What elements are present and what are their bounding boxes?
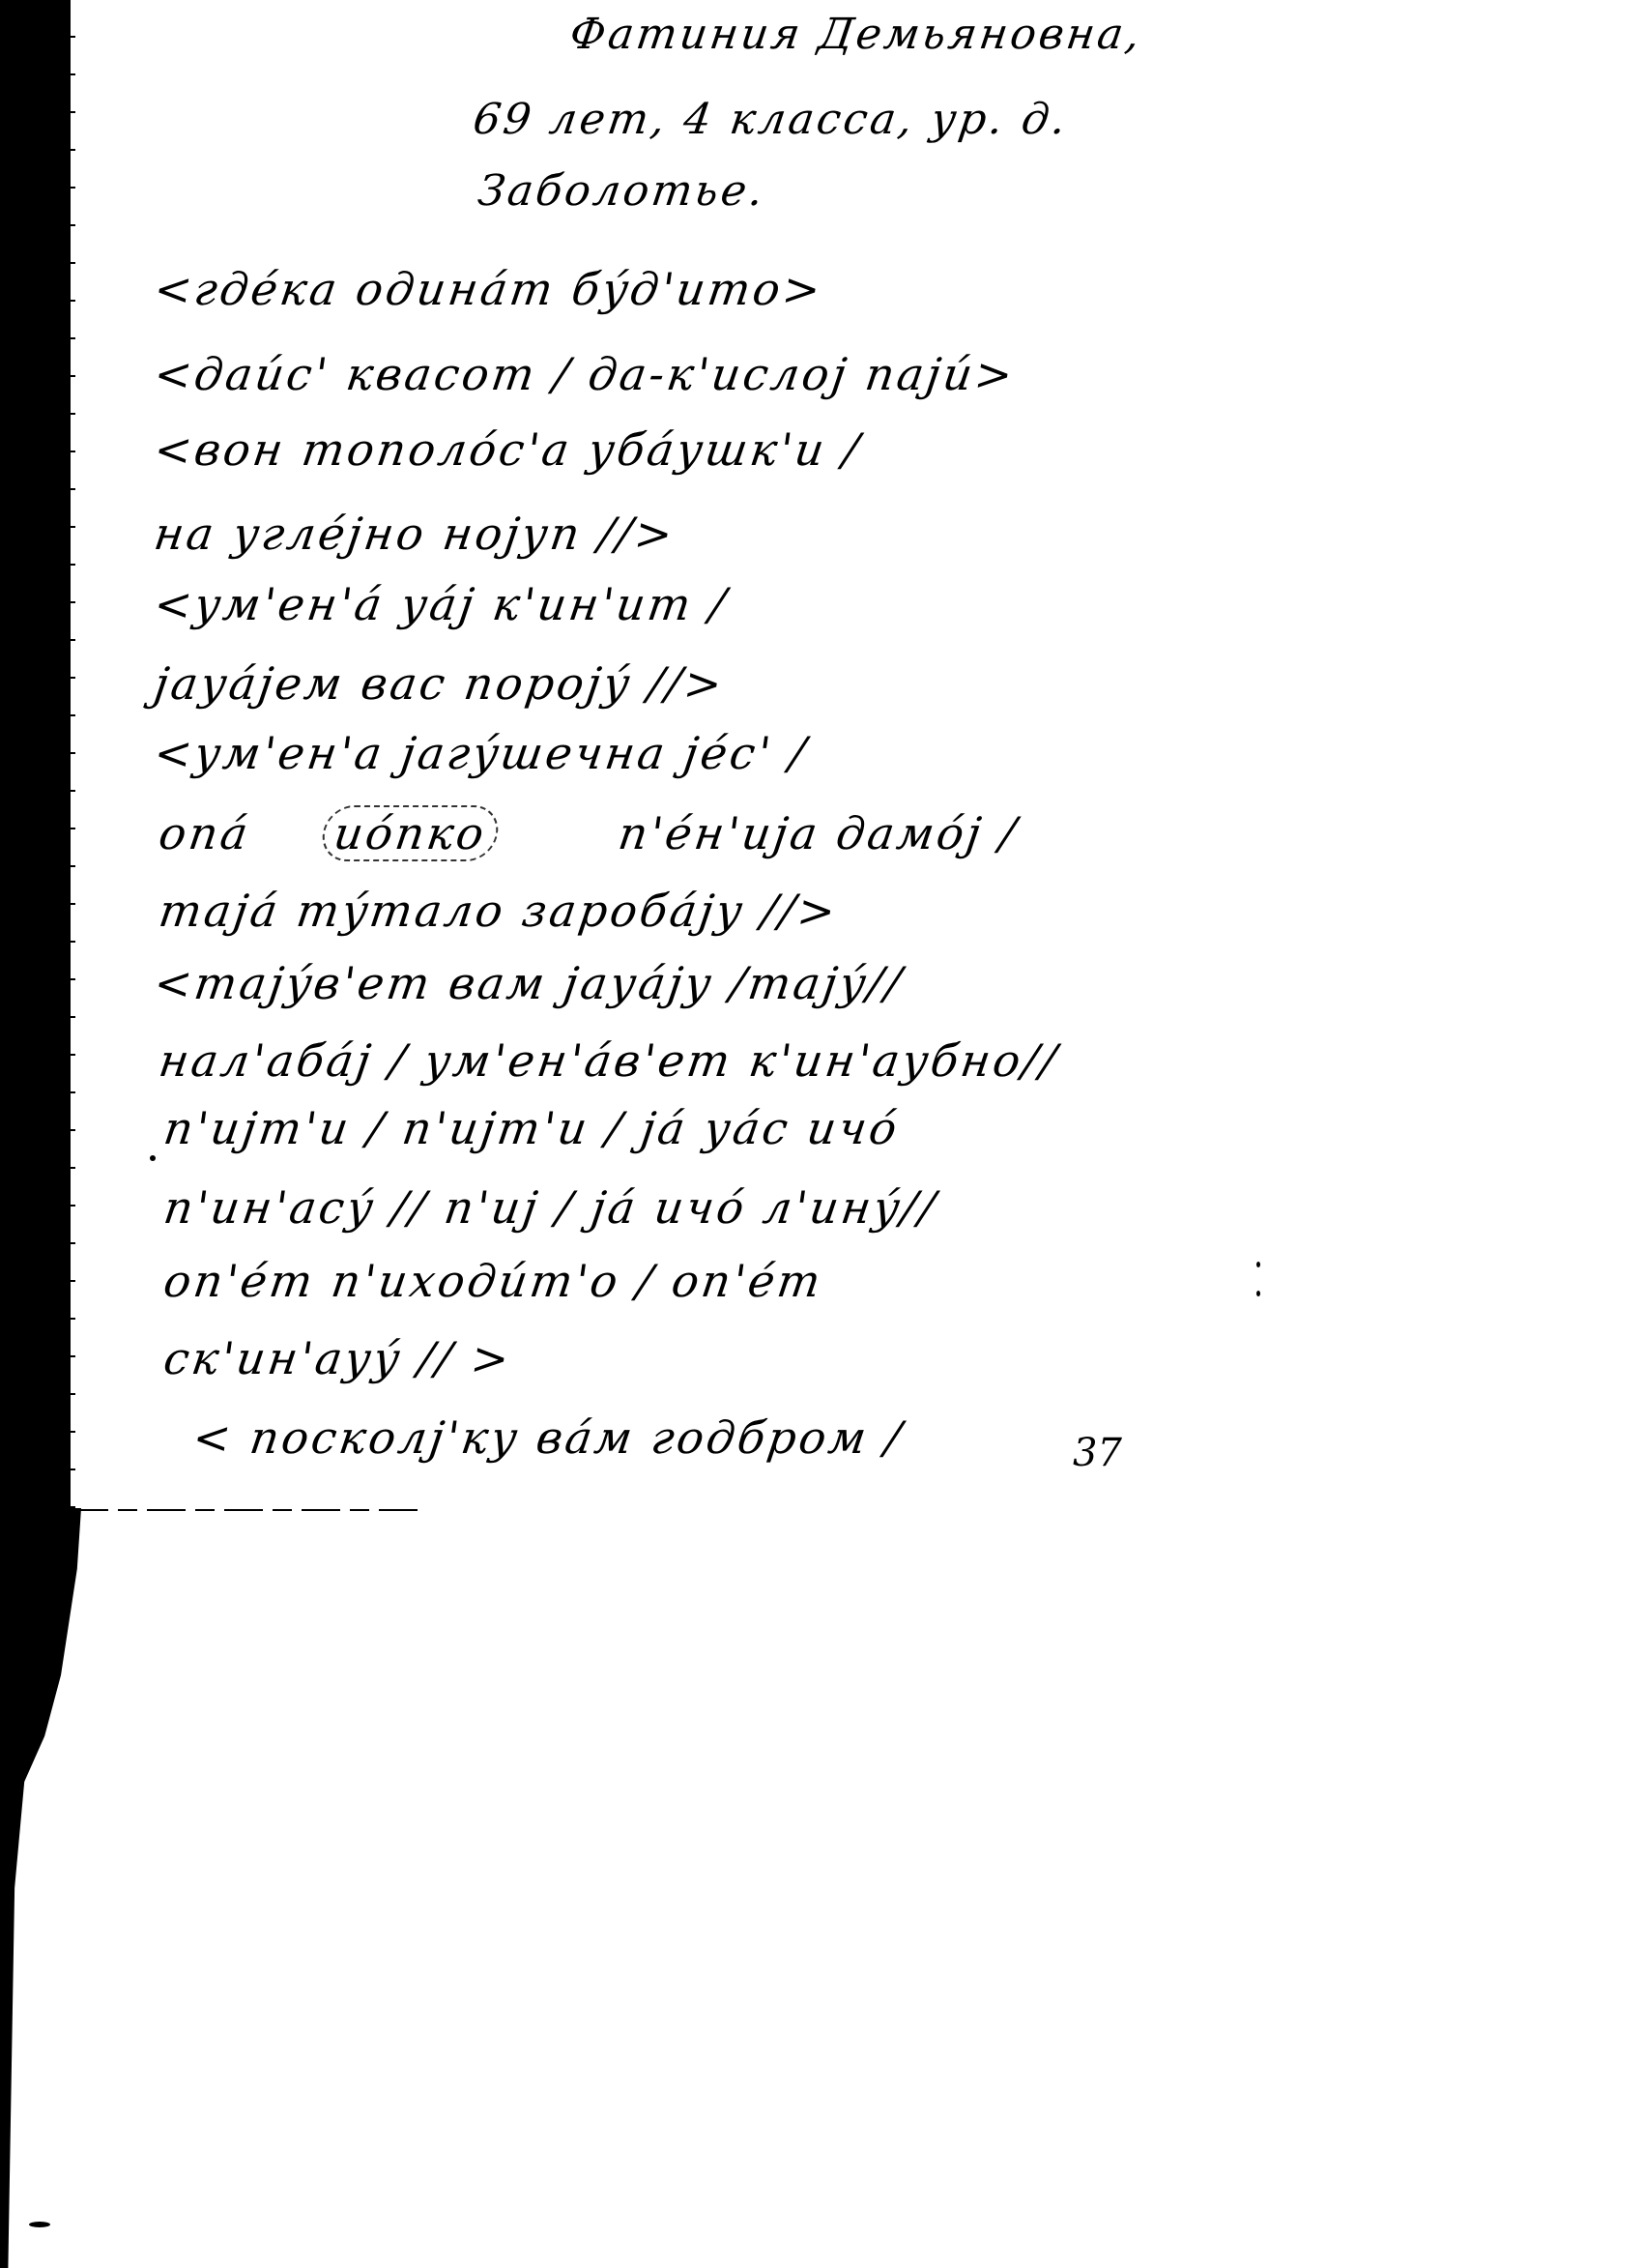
- header-informant-name: Фатиния Демьяновна,: [566, 10, 1145, 59]
- header-informant-details: 69 лет, 4 класса, ур. д.: [470, 95, 1071, 144]
- transcript-line: < посколј'ку вáм годбром /: [189, 1411, 908, 1464]
- transcript-line: ск'ин'ауý // >: [160, 1332, 515, 1384]
- binding-edge: [68, 0, 71, 1513]
- transcript-line: јауáјем вас поројý //>: [151, 657, 728, 710]
- page-number: 37: [1073, 1431, 1122, 1475]
- circled-word: иóпко: [319, 805, 502, 861]
- binding-shadow-lower: [0, 1508, 81, 2268]
- transcript-line: <ум'ен'á уáј к'ин'ит /: [151, 578, 732, 630]
- transcript-line: <вон тополóс'а убáушк'и /: [151, 423, 865, 476]
- transcript-line: нал'абáј / ум'ен'áв'ет к'ин'аубно//: [156, 1034, 1062, 1087]
- header-village: Заболотье.: [475, 166, 768, 216]
- page-bottom-edge: [70, 1509, 418, 1511]
- transcript-line: на углéјно нoјуп //>: [151, 508, 678, 560]
- transcript-word: оná: [156, 807, 253, 859]
- transcript-line: <тајýв'ет вам јауáју /тајý//: [151, 957, 907, 1009]
- scan-speck: [1256, 1262, 1260, 1267]
- transcript-line: тајá тýтало заробáју //>: [156, 885, 841, 937]
- scan-speck: [150, 1155, 156, 1161]
- transcript-line: <даúс' квасот / да-к'ислој пајú>: [151, 348, 1019, 400]
- transcript-line: оná иóпко п'éн'ија дамóј /: [156, 807, 1022, 859]
- transcript-line: <гдéка одинáт бýд'ито>: [151, 263, 826, 315]
- scan-speck: [1256, 1291, 1260, 1296]
- transcript-word: п'éн'ија дамóј /: [616, 807, 1023, 859]
- transcript-line: <ум'ен'а јагýшечна јéс' /: [151, 727, 812, 779]
- transcript-line: п'ин'асý // п'иј / јá ичó л'инý//: [160, 1181, 940, 1234]
- binding-ruler-ticks: [0, 0, 14, 1513]
- transcript-line: оп'éт п'иходúт'о / оп'éт: [160, 1255, 826, 1307]
- transcript-line: п'ијт'и / п'ијт'и / јá уáс ичó: [160, 1102, 903, 1154]
- scan-speck: [29, 2222, 50, 2227]
